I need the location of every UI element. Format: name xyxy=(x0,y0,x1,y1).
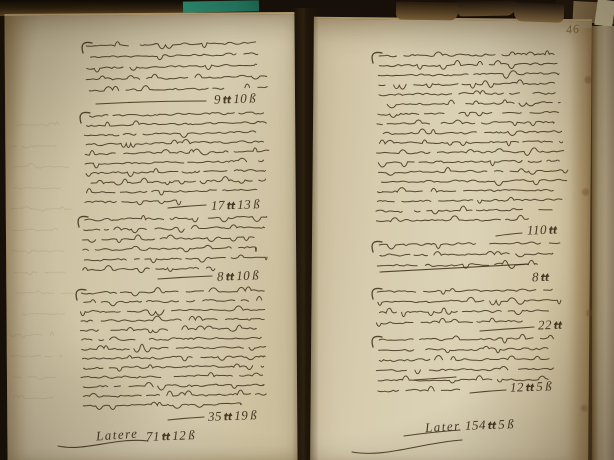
manuscript-photo: 9tt10ß 17tt13ß 8tt10ß 35tt19ß Latere 71t… xyxy=(0,0,614,460)
entry-amount: 35tt19ß xyxy=(208,407,258,425)
entry-amount: 9tt10ß xyxy=(214,90,257,107)
sum-amount: 154tt5ß xyxy=(465,416,515,434)
pound-symbol: tt xyxy=(162,428,171,443)
entry-amount: 22tt xyxy=(538,317,565,334)
amount-pounds: 17 xyxy=(211,197,226,212)
sum-label: Latere xyxy=(95,426,138,445)
page-stack-edge xyxy=(592,26,614,460)
amount-pounds: 8 xyxy=(532,269,540,284)
folio-number: 46 xyxy=(565,21,580,37)
pound-symbol: tt xyxy=(224,408,233,423)
amount-pounds: 8 xyxy=(217,268,225,283)
pound-symbol: tt xyxy=(526,379,535,394)
amount-pounds: 110 xyxy=(527,222,548,238)
shilling-symbol: ß xyxy=(249,90,257,105)
shilling-symbol: ß xyxy=(253,196,261,211)
amount-pounds: 12 xyxy=(510,379,525,394)
entry-amount: 110tt xyxy=(527,221,560,238)
shilling-symbol: ß xyxy=(507,416,515,431)
top-right-page-corner xyxy=(594,0,614,27)
green-bookmark-ribbon xyxy=(183,0,259,12)
amount-shillings: 19 xyxy=(234,407,249,422)
shilling-symbol: ß xyxy=(545,378,553,393)
amount-shillings: 13 xyxy=(237,196,252,211)
shilling-symbol: ß xyxy=(252,267,260,282)
amount-shillings: 10 xyxy=(236,268,251,283)
amount-pounds: 9 xyxy=(214,91,222,106)
pound-symbol: tt xyxy=(549,222,558,237)
torn-edge-patch xyxy=(396,1,458,20)
amount-pounds: 154 xyxy=(465,417,487,433)
pound-symbol: tt xyxy=(554,317,563,332)
pound-symbol: tt xyxy=(227,197,236,212)
shilling-symbol: ß xyxy=(250,407,258,422)
amount-shillings: 10 xyxy=(233,91,248,106)
amount-pounds: 71 xyxy=(146,428,161,443)
shilling-symbol: ß xyxy=(188,427,196,442)
amount-shillings: 5 xyxy=(536,379,544,394)
amount-pounds: 35 xyxy=(208,408,223,423)
pound-symbol: tt xyxy=(223,91,232,106)
sum-amount: 71tt12ß xyxy=(146,427,196,445)
entry-amount: 12tt5ß xyxy=(510,378,553,395)
amount-pounds: 22 xyxy=(538,317,553,332)
entry-amount: 17tt13ß xyxy=(211,196,261,214)
entry-amount: 8tt10ß xyxy=(217,267,260,284)
pound-symbol: tt xyxy=(488,417,497,432)
torn-edge-patch xyxy=(514,2,565,23)
amount-shillings: 5 xyxy=(498,416,506,431)
torn-edge-patch xyxy=(458,0,516,16)
book-gutter xyxy=(292,8,318,460)
entry-amount: 8tt xyxy=(532,269,552,286)
amount-shillings: 12 xyxy=(172,427,187,442)
pound-symbol: tt xyxy=(541,269,550,284)
pound-symbol: tt xyxy=(226,268,235,283)
sum-label: Later xyxy=(424,418,461,436)
